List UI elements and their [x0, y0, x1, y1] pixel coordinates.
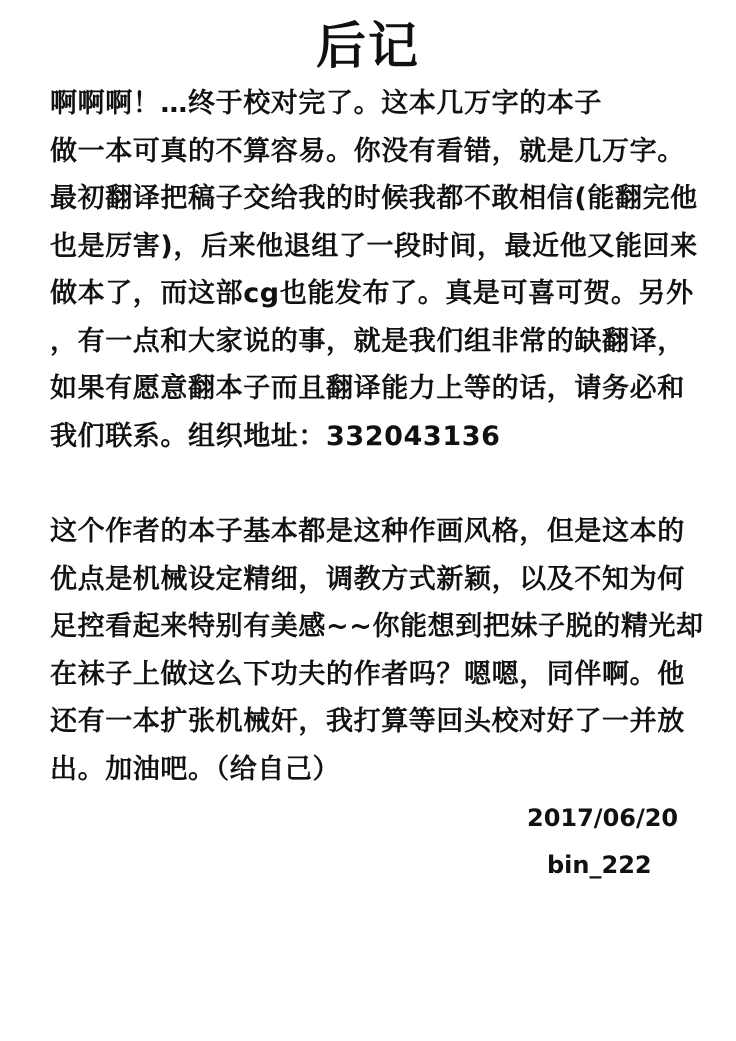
page-title: 后记 — [0, 14, 736, 78]
text-line: 做本了，而这部cg也能发布了。真是可喜可贺。另外 — [50, 270, 710, 318]
text-line: 我们联系。组织地址：332043136 — [50, 413, 710, 461]
paragraph-2: 这个作者的本子基本都是这种作画风格，但是这本的 优点是机械设定精细，调教方式新颖… — [50, 508, 710, 793]
author-signature: bin_222 — [547, 850, 652, 880]
text-line: 也是厉害)，后来他退组了一段时间，最近他又能回来 — [50, 223, 710, 271]
text-line: 做一本可真的不算容易。你没有看错，就是几万字。 — [50, 128, 710, 176]
text-line: 在袜子上做这么下功夫的作者吗？嗯嗯，同伴啊。他 — [50, 651, 710, 699]
text-line: 出。加油吧。（给自己） — [50, 746, 710, 794]
date-text: 2017/06/20 — [527, 803, 678, 833]
text-line: 如果有愿意翻本子而且翻译能力上等的话，请务必和 — [50, 365, 710, 413]
text-line: 最初翻译把稿子交给我的时候我都不敢相信(能翻完他 — [50, 175, 710, 223]
paragraph-1: 啊啊啊！…终于校对完了。这本几万字的本子 做一本可真的不算容易。你没有看错，就是… — [50, 80, 710, 460]
text-line: 还有一本扩张机械奸，我打算等回头校对好了一并放 — [50, 698, 710, 746]
text-line: ，有一点和大家说的事，就是我们组非常的缺翻译， — [50, 318, 710, 366]
text-line: 啊啊啊！…终于校对完了。这本几万字的本子 — [50, 80, 710, 128]
text-line: 这个作者的本子基本都是这种作画风格，但是这本的 — [50, 508, 710, 556]
text-line: 足控看起来特别有美感~~你能想到把妹子脱的精光却 — [50, 603, 710, 651]
text-line: 优点是机械设定精细，调教方式新颖，以及不知为何 — [50, 556, 710, 604]
